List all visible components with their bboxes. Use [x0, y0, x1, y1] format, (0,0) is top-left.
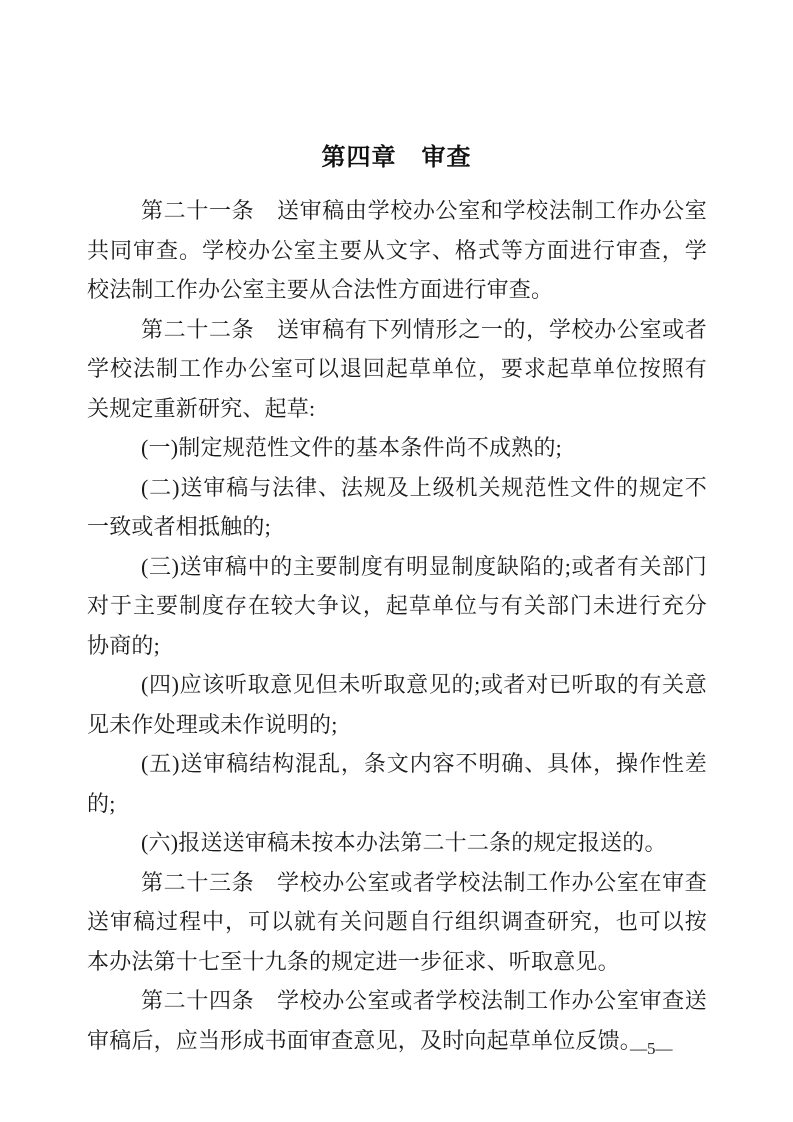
page-number: —5— — [630, 1039, 673, 1059]
paragraph-article-24: 第二十四条 学校办公室或者学校法制工作办公室审查送审稿后，应当形成书面审查意见，… — [87, 981, 707, 1060]
list-item-3: (三)送审稿中的主要制度有明显制度缺陷的;或者有关部门对于主要制度存在较大争议，… — [87, 547, 707, 666]
paragraph-article-21: 第二十一条 送审稿由学校办公室和学校法制工作办公室共同审查。学校办公室主要从文字… — [87, 191, 707, 310]
paragraph-article-22-intro: 第二十二条 送审稿有下列情形之一的，学校办公室或者学校法制工作办公室可以退回起草… — [87, 310, 707, 429]
chapter-title: 第四章 审查 — [0, 143, 793, 173]
list-item-1: (一)制定规范性文件的基本条件尚不成熟的; — [87, 428, 707, 468]
document-body: 第二十一条 送审稿由学校办公室和学校法制工作办公室共同审查。学校办公室主要从文字… — [87, 191, 707, 1060]
document-page: 第四章 审查 第二十一条 送审稿由学校办公室和学校法制工作办公室共同审查。学校办… — [0, 0, 793, 1122]
list-item-6: (六)报送送审稿未按本办法第二十二条的规定报送的。 — [87, 823, 707, 863]
list-item-2: (二)送审稿与法律、法规及上级机关规范性文件的规定不一致或者相抵触的; — [87, 468, 707, 547]
list-item-5: (五)送审稿结构混乱，条文内容不明确、具体，操作性差的; — [87, 744, 707, 823]
list-item-4: (四)应该听取意见但未听取意见的;或者对已听取的有关意见未作处理或未作说明的; — [87, 665, 707, 744]
paragraph-article-23: 第二十三条 学校办公室或者学校法制工作办公室在审查送审稿过程中，可以就有关问题自… — [87, 863, 707, 982]
